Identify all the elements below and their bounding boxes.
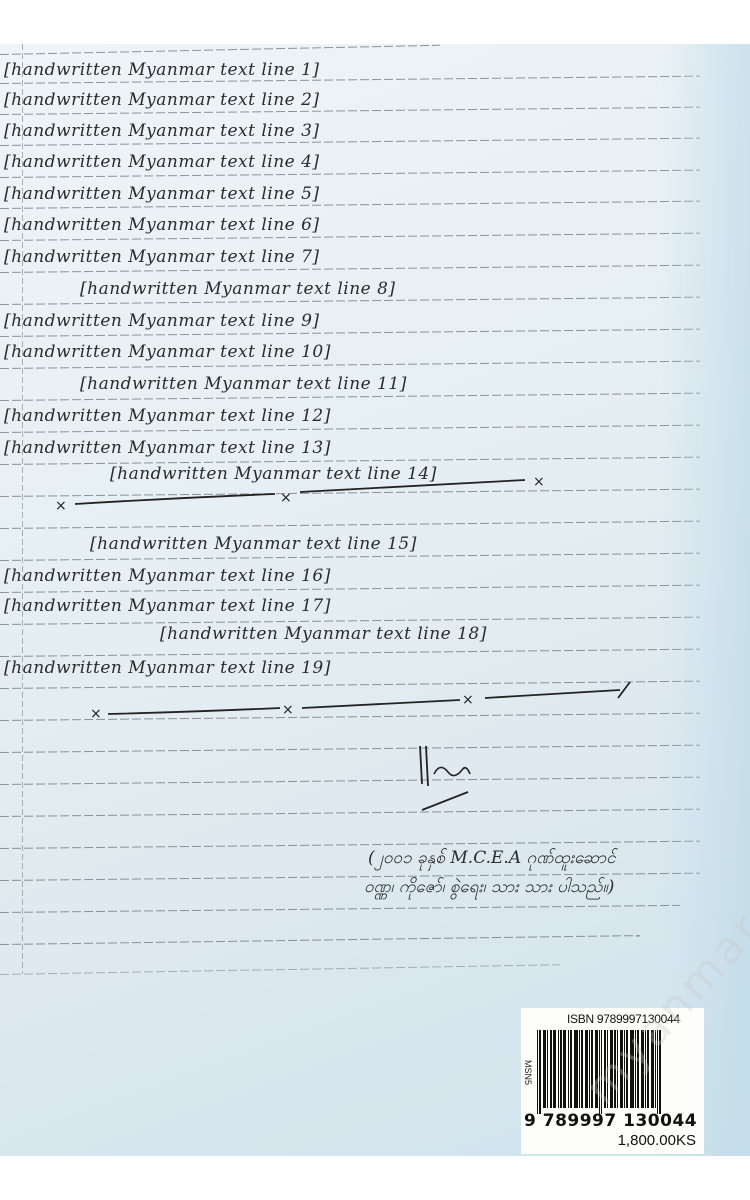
ruled-line (0, 935, 640, 945)
handwritten-line: [handwritten Myanmar text line 8] (80, 279, 396, 299)
ruled-line (0, 521, 700, 529)
handwritten-line: [handwritten Myanmar text line 16] (4, 566, 331, 586)
handwritten-line: [handwritten Myanmar text line 10] (4, 342, 331, 362)
ruled-line (0, 777, 700, 785)
handwritten-line: [handwritten Myanmar text line 5] (4, 184, 320, 204)
ruled-line (0, 745, 700, 753)
handwritten-line: [handwritten Myanmar text line 6] (4, 215, 320, 235)
credit-line-2: ဝဏ္ဏ၊ ကိုဇော်၊ စွဲရေး၊ သား သား ပါသည်။) (364, 873, 616, 902)
barcode-bars (537, 1030, 690, 1112)
handwritten-line: [handwritten Myanmar text line 11] (80, 374, 407, 394)
svg-text:×: × (280, 490, 292, 506)
handwritten-line: [handwritten Myanmar text line 2] (4, 90, 320, 110)
svg-text:×: × (282, 702, 294, 718)
handwritten-line: [handwritten Myanmar text line 12] (4, 406, 331, 426)
svg-text:×: × (533, 474, 545, 490)
book-back-cover: [handwritten Myanmar text line 1] [handw… (0, 44, 750, 1156)
handwritten-line: [handwritten Myanmar text line 4] (4, 152, 320, 172)
signature (418, 744, 498, 818)
svg-text:×: × (90, 706, 102, 722)
handwritten-line: [handwritten Myanmar text line 17] (4, 596, 331, 616)
handwritten-line: [handwritten Myanmar text line 13] (4, 438, 331, 458)
handwritten-line: [handwritten Myanmar text line 18] (160, 624, 487, 644)
side-code: MSN5 (523, 1060, 533, 1085)
handwritten-line: [handwritten Myanmar text line 9] (4, 311, 320, 331)
isbn-label: ISBN 9789997130044 (567, 1012, 680, 1026)
handwritten-line: [handwritten Myanmar text line 3] (4, 121, 320, 141)
x-separator: × × × (90, 674, 650, 696)
isbn-barcode-label: ISBN 9789997130044 MSN5 9 789997 130044 … (521, 1008, 704, 1154)
x-separator: × × × (55, 474, 555, 496)
ruled-line (0, 45, 440, 55)
ruled-line (0, 809, 700, 817)
handwritten-line: [handwritten Myanmar text line 15] (90, 534, 417, 554)
svg-text:×: × (462, 692, 474, 708)
credit-line-1: (၂၀၀၁ ခုနှစ် M.C.E.A ဂုဏ်ထူးဆောင် (368, 844, 616, 873)
price-label: 1,800.00KS (618, 1132, 696, 1149)
author-credit: (၂၀၀၁ ခုနှစ် M.C.E.A ဂုဏ်ထူးဆောင် ဝဏ္ဏ၊ … (368, 844, 616, 902)
ruled-line (0, 905, 680, 913)
ruled-line (0, 649, 700, 657)
svg-text:×: × (55, 498, 67, 514)
isbn-digits: 9 789997 130044 (524, 1111, 697, 1131)
ruled-line (0, 964, 560, 975)
handwritten-line: [handwritten Myanmar text line 7] (4, 247, 320, 267)
handwritten-line: [handwritten Myanmar text line 1] (4, 60, 704, 80)
